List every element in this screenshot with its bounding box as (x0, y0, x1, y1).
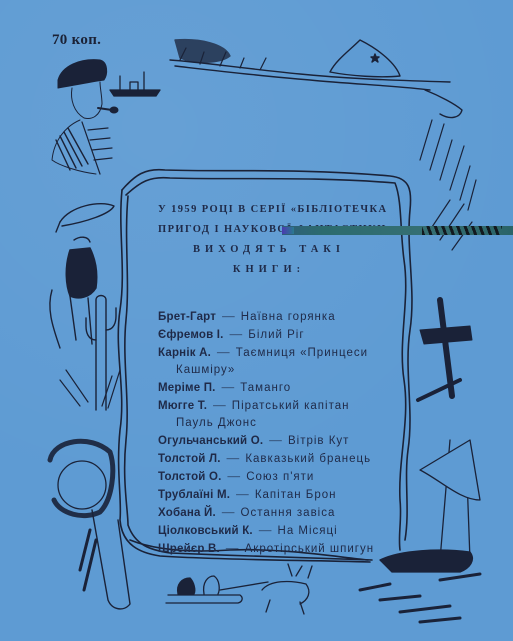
book-title-continued: Кашміру» (158, 362, 386, 379)
dash-separator: — (216, 309, 241, 323)
heading-line-3: виходять такі книги: (158, 240, 386, 280)
glitch-segment (422, 226, 502, 235)
book-title: Кавказький бранець (245, 453, 371, 465)
dash-separator: — (224, 327, 249, 341)
book-item: Карнік А.—Таємниця «ПринцесиКашміру» (158, 344, 386, 379)
book-author: Єфремов І. (158, 329, 224, 341)
book-item: Шрейєр В.—Акротірський шпигун (158, 540, 386, 558)
announcement-block: У 1959 РОЦІ В СЕРІЇ «БІБЛІОТЕЧКА ПРИГОД … (158, 200, 386, 558)
book-title: Остання завіса (241, 507, 336, 519)
book-author: Брет-Гарт (158, 311, 216, 323)
book-title: Піратський капітан (232, 400, 350, 412)
book-author: Мюгге Т. (158, 400, 207, 412)
book-item: Брет-Гарт—Наївна горянка (158, 308, 386, 326)
dash-separator: — (220, 541, 245, 555)
book-title-continued: Пауль Джонс (158, 415, 386, 432)
book-title: Наївна горянка (241, 311, 336, 323)
dash-separator: — (230, 487, 255, 501)
book-item: Єфремов І.—Білий Ріг (158, 326, 386, 344)
book-item: Толстой Л.—Кавказький бранець (158, 450, 386, 468)
book-title: Капітан Брон (255, 489, 337, 501)
book-list: Брет-Гарт—Наївна горянка Єфремов І.—Біли… (158, 308, 386, 558)
dash-separator: — (221, 451, 246, 465)
book-item: Хобана Й.—Остання завіса (158, 504, 386, 522)
book-author: Шрейєр В. (158, 543, 220, 555)
book-title: Таманго (240, 382, 291, 394)
heading-line-1: У 1959 РОЦІ В СЕРІЇ «БІБЛІОТЕЧКА (158, 200, 386, 220)
announcement-heading: У 1959 РОЦІ В СЕРІЇ «БІБЛІОТЕЧКА ПРИГОД … (158, 200, 386, 280)
dash-separator: — (253, 523, 278, 537)
book-item: Меріме П.—Таманго (158, 379, 386, 397)
airplane-icon (418, 300, 472, 400)
book-author: Меріме П. (158, 382, 216, 394)
book-title: Союз п'яти (246, 471, 314, 483)
reindeer-sled-icon (166, 564, 312, 614)
book-back-cover: 70 коп. (0, 0, 513, 641)
book-author: Огульчанський О. (158, 435, 263, 447)
dash-separator: — (222, 469, 247, 483)
cowboy-on-horse-with-lasso-icon (50, 204, 114, 348)
cactus-icon (60, 296, 120, 411)
book-author: Толстой О. (158, 471, 222, 483)
book-item: Трублаїні М.—Капітан Брон (158, 486, 386, 504)
book-author: Хобана Й. (158, 507, 216, 519)
dash-separator: — (216, 380, 241, 394)
book-title: На Місяці (278, 525, 338, 537)
book-title: Таємниця «Принцеси (236, 347, 368, 359)
scan-glitch-band (282, 226, 513, 235)
book-author: Трублаїні М. (158, 489, 230, 501)
book-author: Толстой Л. (158, 453, 221, 465)
book-title: Вітрів Кут (288, 435, 349, 447)
dash-separator: — (207, 398, 232, 412)
rifle-and-budenovka-hat-icon (170, 40, 462, 118)
book-item: Огульчанський О.—Вітрів Кут (158, 432, 386, 450)
book-title: Акротірський шпигун (245, 543, 374, 555)
sea-captain-with-pipe-icon (52, 60, 118, 174)
glitch-segment (282, 227, 294, 234)
dash-separator: — (211, 345, 236, 359)
book-item: Мюгге Т.—Піратський капітанПауль Джонс (158, 397, 386, 432)
book-item: Ціолковський К.—На Місяці (158, 522, 386, 540)
book-author: Ціолковський К. (158, 525, 253, 537)
book-item: Толстой О.—Союз п'яти (158, 468, 386, 486)
dash-separator: — (263, 433, 288, 447)
steamship-icon (110, 72, 160, 96)
book-title: Білий Ріг (248, 329, 304, 341)
book-author: Карнік А. (158, 347, 211, 359)
dash-separator: — (216, 505, 241, 519)
